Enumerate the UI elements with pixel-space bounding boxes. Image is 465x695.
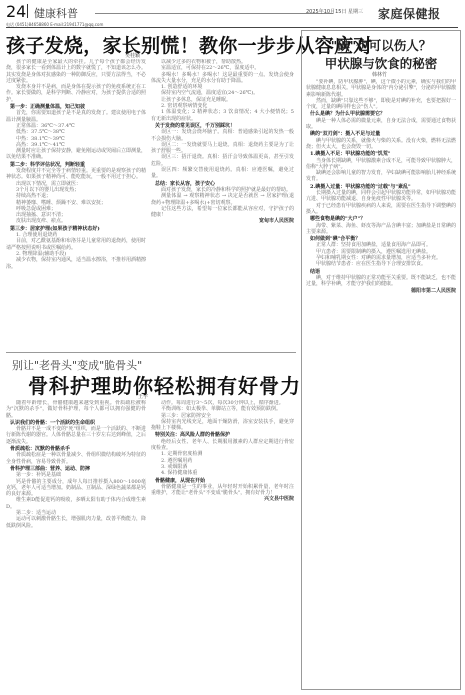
paragraph: 骨骼并不是一成不变的"死"组织，而是一个活跃的、不断进行新陈代谢的器官。人体骨骼… [6, 426, 146, 445]
newspaper-name: 家庭保健报 [378, 5, 441, 22]
article3-title-line2: 甲状腺与饮食的秘密 [301, 54, 461, 72]
paragraph: 海带、紫菜、海鱼、虾皮等海产品含碘丰富；加碘盐是日常碘的主要来源。 [306, 223, 456, 236]
paragraph: 孩子的健康是全家最大的牵挂。儿子每个孩子都会经历发烧，很多家长一看到体温计上的数… [6, 59, 146, 84]
paragraph: 当身体长期缺碘，甲状腺激素合成不足，可能导致甲状腺肿大，俗称"大脖子病"。 [306, 158, 456, 171]
paragraph: 误区三：捂汗退烧。真相：捂汗会导致体温更高，甚至引发危险。 [151, 154, 294, 167]
paragraph: 绝经后女性、老年人、长期服用激素的人群应定期进行骨密度检查。 [151, 439, 294, 452]
article1-byline: 吴桂颖 [125, 52, 140, 59]
article3-byline: 韩林竹 [372, 71, 387, 78]
paragraph: 测量时应让孩子保持安静，避免刚运动或哭闹后立即测量，以免结果不准确。 [6, 148, 146, 161]
masthead: 24 健康科普 2025年10月15日 星期三 家庭保健报 [0, 0, 465, 22]
paragraph: 误区一：发烧会烧坏脑子。真相：普通感染引起的发热一般不会损伤大脑。 [151, 129, 294, 142]
paragraph: 骨骼健康是一生的事业，从年轻时开始积累骨量，老年时注重维护，才能让"老骨头"不变… [151, 484, 294, 497]
paragraph: 误区四：频繁交替使用退烧药。真相：应遵医嘱，避免过量。 [151, 167, 294, 180]
article1-column-2: 以减少过多的衣物和被子，帮助散热。室温适宜，可保持在22～26℃，湿度适中。多喝… [151, 59, 294, 351]
article3-title-line1: "碘"也可以伤人？ [301, 36, 461, 54]
paragraph: 碘，对于维持甲状腺的正常功能至关重要。既不能缺乏，也不能过量，科学补碘，才能守护… [306, 275, 456, 288]
paragraph: 碘与甲状腺的关系，就像火与柴的关系。没有火柴，燃料无法燃烧；但火太大，也会烧毁一… [306, 138, 456, 151]
divider [95, 13, 333, 14]
paragraph: 减少衣物，保持室内通风，适当温水擦浴，不推荐用酒精擦浴。 [6, 257, 146, 270]
paragraph: 对于已经患有甲状腺疾病的人来说，需要在医生指导下调整碘的摄入。 [306, 203, 456, 216]
paragraph: 钙是骨骼的主要成分，成年人每日推荐摄入800～1000毫克钙，老年人可适当增加。… [6, 479, 146, 498]
paragraph: 记住这些方法，希望每一位家长都能从容应对，守护孩子的健康！ [151, 206, 294, 219]
paragraph: 测量体温 → 观察精神状态 → 决定是否就医 → 居家护理(退烧药+物理降温+多… [151, 193, 294, 206]
paragraph: 骨质疏松症是一种以骨量减少、骨组织微结构破坏为特征的全身性骨病，容易导致骨折。 [6, 452, 146, 465]
source-credit: 德阳市第二人民医院 [306, 288, 456, 294]
article3-body: "要补碘，防甲状腺肿"，碘，这个微小的元素，确实与我们的甲状腺健康息息相关。甲状… [306, 79, 456, 684]
paragraph: 缺碘还会影响儿童的智力发育，孕妇缺碘可能影响胎儿神经系统发育。 [306, 170, 456, 183]
paragraph: 4. 保持健康体重 [151, 470, 294, 476]
paragraph: 多喝水！多喝水！多喝水！这是最重要的一点。发烧会使身体流失大量水分，充足的水分有… [151, 72, 294, 85]
paragraph: 然而，缺碘"只靠这些不够"，即使是对碘的补充，也要把握好一个度，过量的碘同样也会… [306, 98, 456, 111]
paragraph: 发烧程度并不完全等于病情轻重。更重要的是观察孩子的精神状态。如果孩子精神尚可、能… [6, 168, 146, 181]
source-credit: 兴文县中医院 [151, 496, 294, 502]
section-title: 健康科普 [34, 5, 78, 21]
article2-byline: 王宇 [138, 393, 148, 400]
paragraph: 碘是一种人体必需的微量元素，自身无法合成，需要通过食物获取。 [306, 118, 456, 131]
paragraph: 目前，对乙酰氨基酚和布洛芬是儿童常用的退烧药，使用时请严格按照说明书或医嘱给药。 [6, 238, 146, 251]
paragraph: 误区二：一发烧就要马上退烧。真相：退烧药主要是为了让孩子舒服一些。 [151, 142, 294, 155]
paragraph: 随着年龄增长，骨骼健康越来越受到重视。骨质疏松被称为"沉默的杀手"，做好骨科护理… [6, 400, 146, 419]
article1-column-1: 孩子的健康是全家最大的牵挂。儿子每个孩子都会经历发烧，很多家长一看到体温计上的数… [6, 59, 146, 351]
article2-column-1: 随着年龄增长，骨骼健康越来越受到重视。骨质疏松被称为"沉默的杀手"，做好骨科护理… [6, 400, 146, 690]
paragraph: 首先，你需要知道孩子是不是真的发烧了。建议使用电子体温计测量腋温。 [6, 110, 146, 123]
divider [27, 4, 28, 18]
paragraph: 发烧本身并不是病，而是身体在提示孩子的免疫系统正在工作。家长要做的，是科学判断、… [6, 84, 146, 103]
divider [6, 27, 458, 28]
article2-title: 骨科护理助你轻松拥有好骨力 [28, 370, 301, 399]
issue-date: 2025年10月15日 星期三 [306, 8, 363, 15]
paragraph: "要补碘，防甲状腺肿"，碘，这个微小的元素，确实与我们的甲状腺健康息息相关。甲状… [306, 79, 456, 98]
page-number: 24 [6, 2, 26, 21]
paragraph: 甲状腺结节患者：应在医生指导下合理安排饮食。 [306, 261, 456, 267]
paragraph: 1 体温变化；2 精神状态；3 饮食情况；4 大小便情况；5 有无新出现的症状。 [151, 109, 294, 122]
paragraph: 运动可以刺激骨骼生长，增强肌肉力量，改善平衡能力，降低跌倒风险。 [6, 516, 146, 529]
divider [6, 352, 296, 353]
paragraph: 皮肤出现皮疹、瘀点。 [6, 218, 146, 224]
paragraph: 保持室内光线充足，地面干燥防滑，浴室安装扶手，避免穿拖鞋上下楼梯。 [151, 419, 294, 432]
paragraph: 平衡训练：如太极拳、单脚站立等，能有效预防跌倒。 [151, 406, 294, 412]
paragraph: 维生素D能促进钙的吸收，多晒太阳有助于体内合成维生素D。 [6, 497, 146, 510]
article1-title: 孩子发烧，家长别慌！教你一步步从容应对 [6, 31, 306, 58]
article2-column-2: 动作。每周进行3～5次，每次30分钟以上，循序渐进。平衡训练：如太极拳、单脚站立… [151, 400, 294, 690]
paragraph: 长期摄入过量的碘，同样会引起甲状腺功能异常，如甲状腺功能亢进、甲状腺功能减退、自… [306, 190, 456, 203]
source-credit: 宽甸市人民医院 [151, 218, 294, 224]
